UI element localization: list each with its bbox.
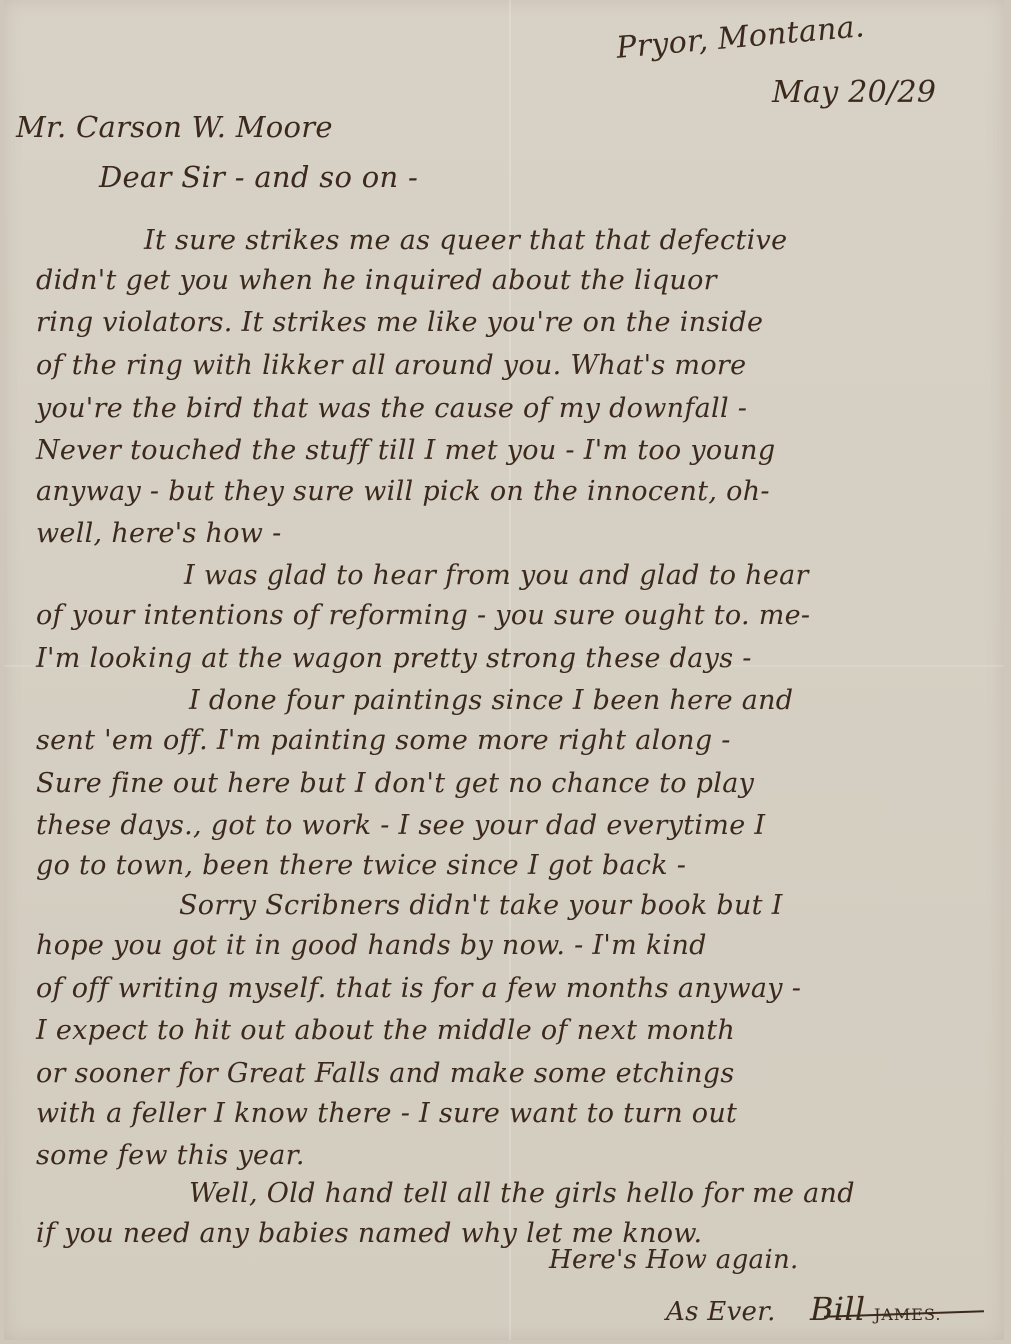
letter-salutation: Dear Sir - and so on - <box>99 160 418 194</box>
letter-addressee: Mr. Carson W. Moore <box>16 110 333 144</box>
body-line: go to town, been there twice since I got… <box>36 850 686 881</box>
signoff-text: As Ever. <box>666 1297 776 1327</box>
body-line: I was glad to hear from you and glad to … <box>184 560 809 591</box>
letter-paper: Pryor, Montana. May 20/29 Mr. Carson W. … <box>4 0 1004 1340</box>
body-line: ring violators. It strikes me like you'r… <box>36 307 763 338</box>
body-line: of your intentions of reforming - you su… <box>36 600 810 631</box>
body-line: Sure fine out here but I don't get no ch… <box>36 768 754 799</box>
body-line: anyway - but they sure will pick on the … <box>36 476 770 507</box>
body-line: It sure strikes me as queer that that de… <box>144 225 787 256</box>
body-line: I'm looking at the wagon pretty strong t… <box>36 643 752 674</box>
body-line: I done four paintings since I been here … <box>189 685 793 716</box>
body-line: you're the bird that was the cause of my… <box>36 393 747 424</box>
body-line: Well, Old hand tell all the girls hello … <box>189 1178 855 1209</box>
body-line: some few this year. <box>36 1140 305 1171</box>
letter-closing: Here's How again. <box>549 1245 799 1275</box>
body-line: of off writing myself. that is for a few… <box>36 973 801 1004</box>
body-line: with a feller I know there - I sure want… <box>36 1098 737 1129</box>
body-line: of the ring with likker all around you. … <box>36 350 746 381</box>
body-line: Never touched the stuff till I met you -… <box>36 435 775 466</box>
body-line: sent 'em off. I'm painting some more rig… <box>36 725 731 756</box>
body-line: didn't get you when he inquired about th… <box>36 265 717 296</box>
letter-date: May 20/29 <box>772 75 936 110</box>
body-line: hope you got it in good hands by now. - … <box>36 930 707 961</box>
letter-signoff: As Ever. Bill JAMES. <box>666 1290 941 1328</box>
body-line: or sooner for Great Falls and make some … <box>36 1058 735 1089</box>
body-line: I expect to hit out about the middle of … <box>36 1015 735 1046</box>
signature-first-name: Bill <box>810 1290 865 1328</box>
body-line: these days., got to work - I see your da… <box>36 810 765 841</box>
letter-place: Pryor, Montana. <box>615 9 866 66</box>
body-line: Sorry Scribners didn't take your book bu… <box>179 890 783 921</box>
body-line: well, here's how - <box>36 518 282 549</box>
